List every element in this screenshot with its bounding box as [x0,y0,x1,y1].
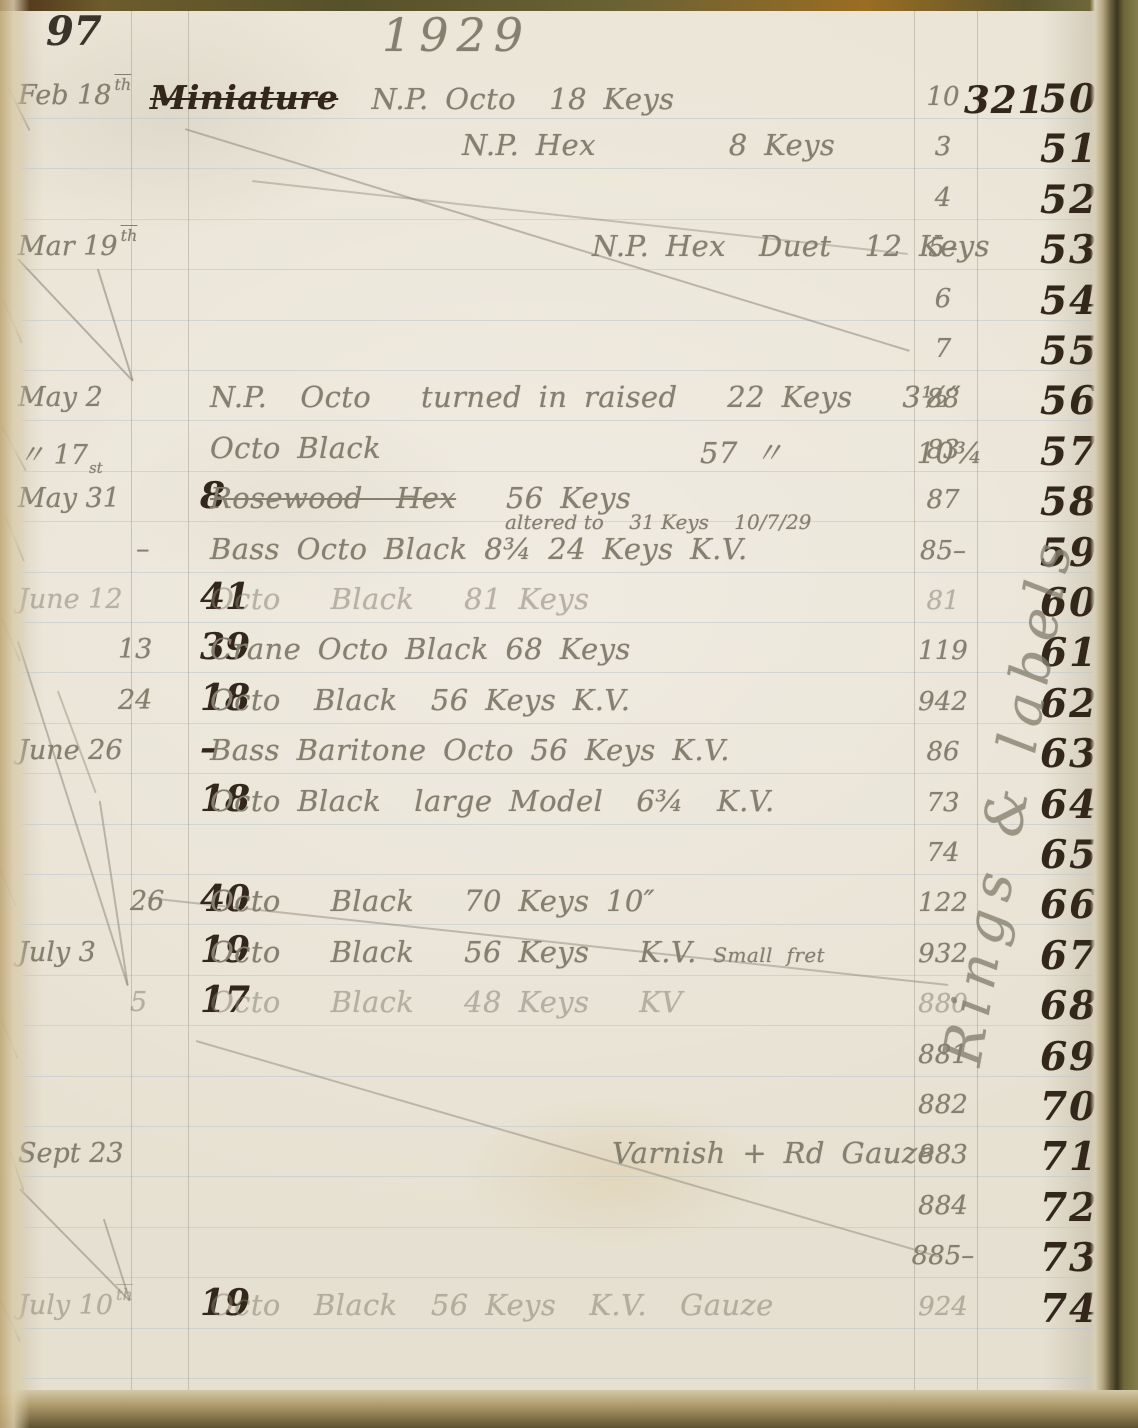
row-entry: Octo Black [210,431,381,465]
row-entry-text: N.P. Octo turned in raised 22 Keys 3½″ [210,380,961,414]
row-date: July 10th [18,1290,203,1321]
row-batch-number: 86 [910,737,976,767]
ruled-line [22,723,1094,724]
row-batch-number: 884 [910,1191,976,1221]
ruled-line [22,572,1094,573]
row-entry: N.P. Hex 8 Keys [462,128,835,162]
page-edge-left-curl [0,0,30,1428]
row-alteration-note: altered to 31 Keys 10/7/29 [505,510,811,534]
date-ordinal-suffix: th [116,1285,133,1304]
page-number: 97 [46,8,102,55]
ruled-line [22,1176,1094,1177]
row-serial-prefix: 321 [964,78,1044,122]
row-entry-text: Crane Octo Black 68 Keys [210,632,631,666]
row-entry: Varnish + Rd Gauze [612,1136,935,1170]
row-batch-number: 3 [910,132,976,162]
row-entry-text: Octo Black 70 Keys 10″ [210,884,655,918]
ruled-line [22,1328,1094,1329]
row-entry-text: Bass Baritone Octo 56 Keys K.V. [210,733,730,767]
row-entry: N.P. Octo turned in raised 22 Keys 3½″ [210,380,961,414]
ruled-line [22,672,1094,673]
date-ordinal-suffix: th [121,226,138,245]
ruled-line [22,1025,1094,1026]
row-entry: Bass Baritone Octo 56 Keys K.V. [210,733,730,767]
ruled-line [22,420,1094,421]
date-ordinal-suffix: th [114,75,131,94]
page-edge-top [0,0,1138,11]
row-batch-number: 5– [910,233,976,263]
row-entry-text: Octo Black 48 Keys KV [210,985,683,1019]
row-date: May 2 [18,382,203,413]
row-date: Mar 19th [18,231,203,262]
ruled-line [22,1378,1094,1379]
row-batch-number: 885– [910,1241,976,1271]
ruled-line [22,219,1094,220]
row-batch-number: 83 [910,435,976,465]
row-date: June 26 [18,735,203,766]
ruled-line [22,1277,1094,1278]
row-batch-number: 81 [910,586,976,616]
row-entry: Octo Black 70 Keys 10″ [210,884,655,918]
ruled-line [22,874,1094,875]
date-ordinal-suffix: st [89,459,103,477]
ruled-line [22,622,1094,623]
row-batch-number: 119 [910,636,976,666]
row-batch-number: 7 [910,334,976,364]
ruled-line [22,824,1094,825]
row-entry: Octo Black 56 Keys K.V. [210,683,630,717]
row-entry-text: N.P. Hex 8 Keys [462,128,835,162]
ledger-page-scan: 97 1929 Feb 18thMiniature N.P. Octo 18 K… [0,0,1138,1428]
ruled-line [22,118,1094,119]
year-heading: 1929 [382,8,531,62]
row-entry-text: Octo Black 81 Keys [210,582,589,616]
row-entry-text: Octo Black [210,431,381,465]
row-entry-text: N.P. Octo 18 Keys [338,82,674,116]
ruled-line [22,168,1094,169]
row-entry-text: Octo Black 56 Keys K.V. [210,935,713,969]
row-batch-number: 6 [910,284,976,314]
row-batch-number: 4 [910,183,976,213]
row-batch-number: 88 [910,384,976,414]
row-batch-number: 942 [910,687,976,717]
row-entry: Bass Octo Black 8¾ 24 Keys K.V. [210,532,748,566]
row-entry: Octo Black 56 Keys K.V. Small fret [210,935,825,969]
ruled-line [22,1227,1094,1228]
row-entry-text: Bass Octo Black 8¾ 24 Keys K.V. [210,532,748,566]
ruled-line [22,370,1094,371]
row-entry-text: Octo Black large Model 6¾ K.V. [210,784,775,818]
row-entry: Miniature N.P. Octo 18 Keys [150,78,674,117]
row-batch-number: 924 [910,1292,976,1322]
row-entry-ink-word: Miniature [150,78,338,117]
page-edge-binding-right [1090,0,1138,1428]
row-entry-text: Octo Black 56 Keys K.V. Gauze [210,1288,774,1322]
row-entry-text: Varnish + Rd Gauze [612,1136,935,1170]
row-entry-text: Octo Black 56 Keys K.V. [210,683,630,717]
column-rule [977,10,978,1392]
row-entry: Crane Octo Black 68 Keys [210,632,631,666]
row-entry: Octo Black 81 Keys [210,582,589,616]
row-date: July 3 [18,937,203,968]
row-entry: Octo Black large Model 6¾ K.V. [210,784,775,818]
row-date: Sept 23 [18,1138,203,1169]
ruled-line [22,320,1094,321]
row-date: June 12 [18,584,203,615]
row-batch-number: 87 [910,485,976,515]
row-entry: Octo Black 56 Keys K.V. Gauze [210,1288,774,1322]
page-edge-bottom [0,1390,1138,1428]
ruled-line [22,924,1094,925]
row-batch-number: 73 [910,788,976,818]
ruled-line [22,773,1094,774]
row-batch-number: 85– [910,536,976,566]
row-entry: Octo Black 48 Keys KV [210,985,683,1019]
ruled-line [22,269,1094,270]
ruled-line [22,975,1094,976]
row-entry-struck-text: Rosewood Hex [210,481,456,515]
row-date: 〃 17st [18,433,203,472]
row-date: May 31 [18,483,203,514]
row-entry-note: Small fret [713,943,825,967]
